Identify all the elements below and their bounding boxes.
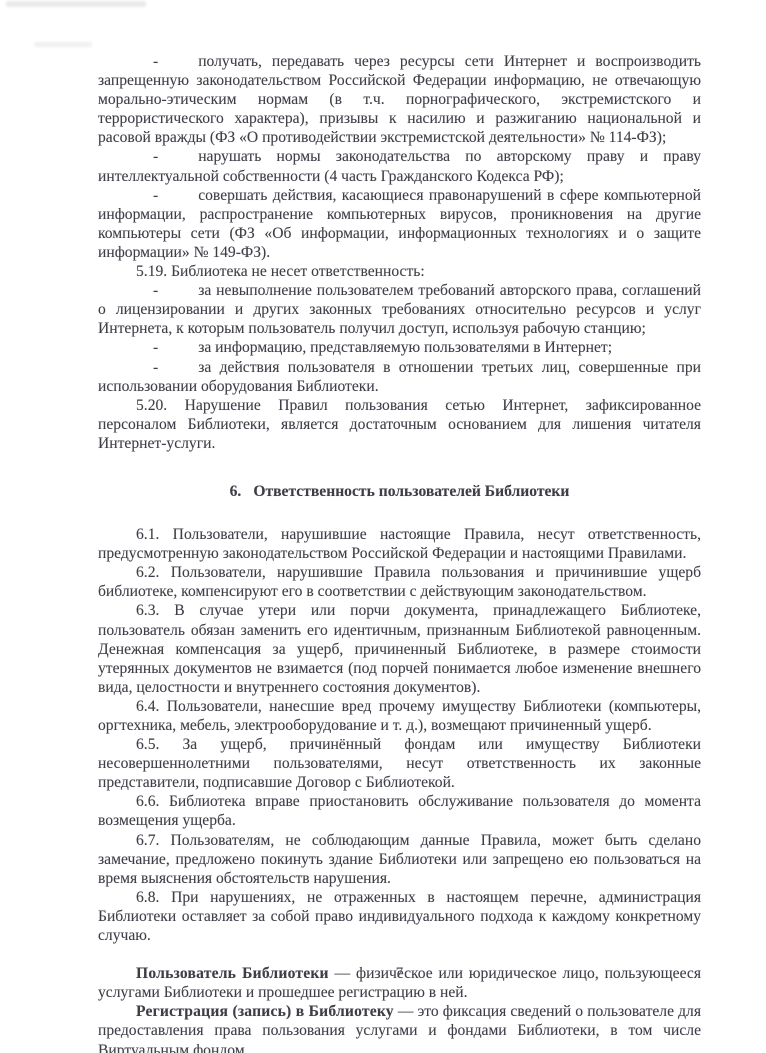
paragraph-text: за действия пользователя в отношении тре… — [98, 359, 701, 395]
paragraph-text: получать, передавать через ресурсы сети … — [98, 53, 701, 146]
section-title: Ответственность пользователей Библиотеки — [253, 483, 569, 500]
page-number: 7 — [98, 965, 701, 982]
paragraph-numbered: 6.1. Пользователи, нарушившие настоящие … — [98, 525, 701, 563]
section-number: 6. — [230, 483, 242, 500]
paragraph-numbered: 6.7. Пользователям, не соблюдающим данны… — [98, 831, 701, 888]
paragraph-numbered: 6.6. Библиотека вправе приостановить обс… — [98, 792, 701, 830]
paragraph-numbered: 6.3. В случае утери или порчи документа,… — [98, 601, 701, 696]
paragraph-bullet: -за невыполнение пользователем требовани… — [98, 281, 701, 338]
section-heading: 6.Ответственность пользователей Библиоте… — [98, 482, 701, 501]
scan-smudge — [6, 1, 146, 7]
paragraph-text: нарушать нормы законодательства по автор… — [98, 148, 701, 184]
bullet-dash: - — [153, 282, 158, 299]
definition-paragraph: Регистрация (запись) в Библиотеку — это … — [98, 1002, 701, 1053]
paragraph-text: за невыполнение пользователем требований… — [98, 282, 701, 337]
scan-smudge — [34, 42, 92, 47]
paragraph-bullet: -за действия пользователя в отношении тр… — [98, 358, 701, 396]
bullet-dash: - — [153, 339, 158, 356]
paragraph-bullet: -совершать действия, касающиеся правонар… — [98, 186, 701, 262]
paragraph-text: за информацию, представляемую пользовате… — [198, 339, 612, 356]
paragraph-numbered: 6.8. При нарушениях, не отраженных в нас… — [98, 888, 701, 945]
document-body: -получать, передавать через ресурсы сети… — [98, 52, 701, 1053]
bullet-dash: - — [153, 148, 158, 165]
paragraph-numbered: 6.4. Пользователи, нанесшие вред прочему… — [98, 697, 701, 735]
paragraph-bullet: -за информацию, представляемую пользоват… — [98, 338, 701, 357]
paragraph-numbered: 6.5. За ущерб, причинённый фондам или им… — [98, 735, 701, 792]
definition-term: Регистрация (запись) в Библиотеку — [136, 1003, 394, 1020]
paragraph-bullet: -нарушать нормы законодательства по авто… — [98, 147, 701, 185]
bullet-dash: - — [153, 53, 158, 70]
scanned-page: -получать, передавать через ресурсы сети… — [0, 0, 766, 1053]
paragraph-text: совершать действия, касающиеся правонару… — [98, 187, 701, 261]
paragraph-bullet: -получать, передавать через ресурсы сети… — [98, 52, 701, 147]
paragraph-numbered: 6.2. Пользователи, нарушившие Правила по… — [98, 563, 701, 601]
bullet-dash: - — [153, 359, 158, 376]
bullet-dash: - — [153, 187, 158, 204]
paragraph-numbered: 5.20. Нарушение Правил пользования сетью… — [98, 396, 701, 453]
paragraph-numbered: 5.19. Библиотека не несет ответственност… — [98, 262, 701, 281]
